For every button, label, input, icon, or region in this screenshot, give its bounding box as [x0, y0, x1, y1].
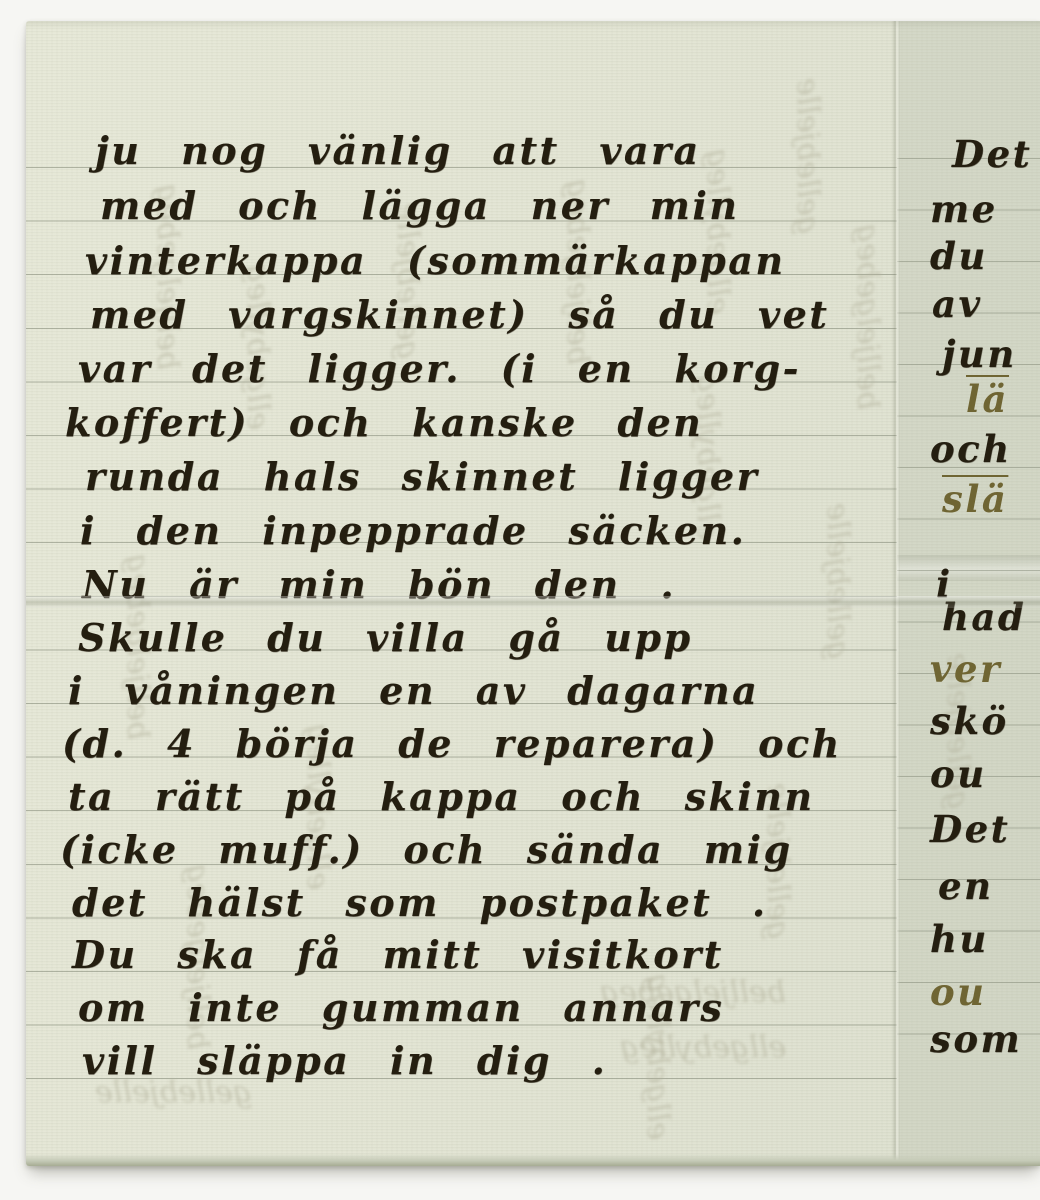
handwriting-line-16: Du ska få mitt visitkort	[72, 931, 724, 979]
vertical-fold-crease	[892, 21, 900, 1166]
handwriting-line-7: runda hals skinnet ligger	[85, 453, 759, 501]
handwriting-line-2: med och lägga ner min	[100, 182, 739, 230]
paper-bottom-edge	[26, 1154, 1040, 1166]
handwriting-line-10: Skulle du villa gå upp	[78, 614, 693, 662]
paper-top-shadow	[26, 21, 1040, 29]
scanned-letter: belljelgebeg ellgebylleg gellebjelle bel…	[0, 0, 1040, 1200]
handwriting-fragment-2: me	[930, 185, 998, 233]
handwriting-fragment-3: du	[930, 232, 988, 280]
handwriting-fragment-1: Det	[952, 130, 1032, 178]
handwriting-line-14: (icke muff.) och sända mig	[60, 826, 793, 874]
handwriting-fragment-13: ou	[930, 750, 987, 798]
handwriting-line-12: (d. 4 börja de reparera) och	[62, 720, 842, 768]
handwriting-fragment-4: av	[932, 280, 982, 328]
handwriting-fragment-14: Det	[930, 805, 1010, 853]
handwriting-fragment-12: skö	[930, 697, 1009, 745]
handwriting-fragment-17: ou	[930, 968, 987, 1016]
handwriting-line-18: vill släppa in dig .	[82, 1037, 607, 1085]
handwriting-line-3: vinterkappa (sommärkappan	[85, 237, 785, 285]
handwriting-line-6: koffert) och kanske den	[65, 399, 703, 447]
handwriting-line-5: var det ligger. (i en korg-	[78, 345, 801, 393]
letter-paper: belljelgebeg ellgebylleg gellebjelle bel…	[26, 21, 1040, 1166]
handwriting-fragment-6: lä	[966, 375, 1009, 423]
handwriting-fragment-5: jun	[942, 330, 1017, 378]
handwriting-line-13: ta rätt på kappa och skinn	[68, 773, 815, 821]
horizontal-fold-crease	[26, 596, 1040, 608]
handwriting-line-15: det hälst som postpaket .	[72, 879, 768, 927]
handwriting-line-1: ju nog vänlig att vara	[95, 127, 701, 175]
handwriting-fragment-8: slä	[942, 475, 1008, 523]
handwriting-fragment-15: en	[938, 862, 993, 910]
handwriting-line-11: i våningen en av dagarna	[68, 667, 759, 715]
handwriting-line-17: om inte gumman annars	[78, 984, 724, 1032]
handwriting-fragment-11: ver	[930, 645, 1002, 693]
handwriting-fragment-16: hu	[930, 915, 989, 963]
handwriting-line-4: med vargskinnet) så du vet	[90, 291, 829, 339]
handwriting-line-8: i den inpepprade säcken.	[80, 507, 746, 555]
handwriting-fragment-18: som	[930, 1015, 1022, 1063]
handwriting-fragment-7: och	[930, 425, 1012, 473]
